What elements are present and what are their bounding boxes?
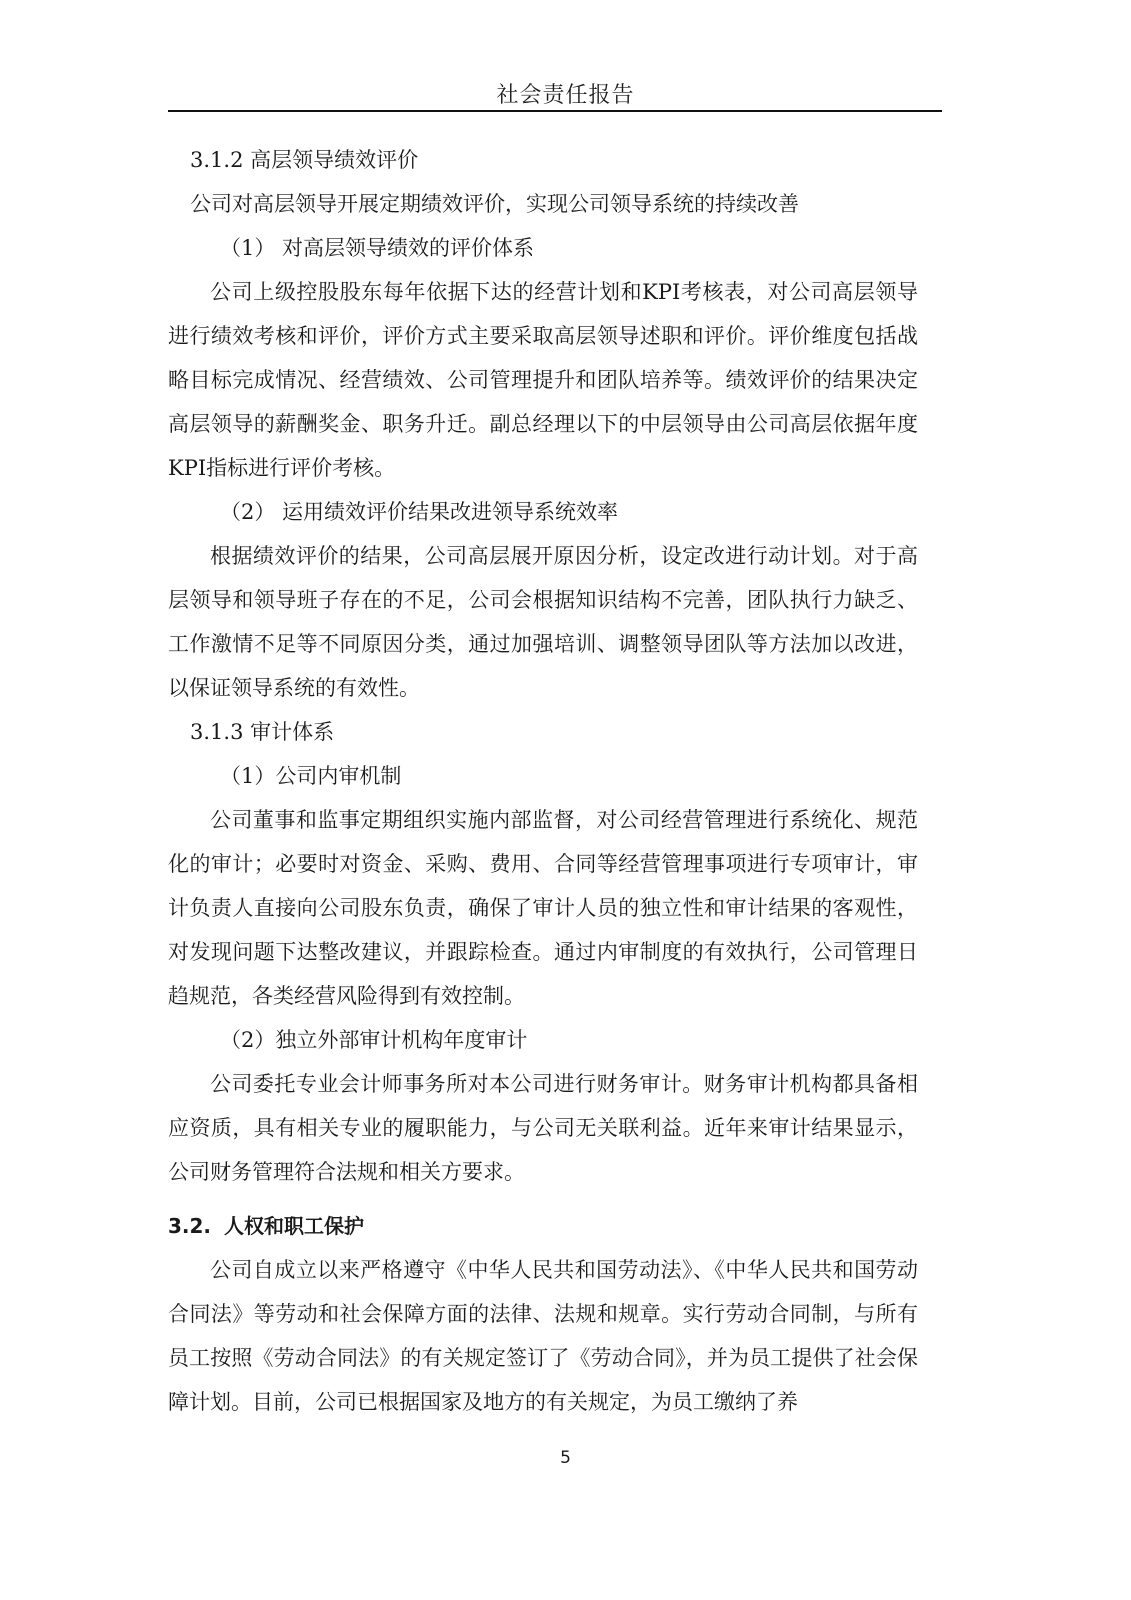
paragraph-improve-efficiency: 根据绩效评价的结果，公司高层展开原因分析，设定改进行动计划。对于高层领导和领导班… [168, 534, 918, 710]
section-title: 人权和职工保护 [224, 1214, 364, 1238]
section-number: 3.2. [168, 1204, 224, 1248]
page-body: 3.1.2 高层领导绩效评价 公司对高层领导开展定期绩效评价，实现公司领导系统的… [168, 138, 918, 1424]
paragraph-external-audit: 公司委托专业会计师事务所对本公司进行财务审计。财务审计机构都具备相应资质，具有相… [168, 1062, 918, 1194]
header-divider [168, 110, 942, 112]
section-heading-3-1-2: 3.1.2 高层领导绩效评价 [168, 138, 918, 182]
subsection-title-internal-audit: （1）公司内审机制 [168, 754, 918, 798]
page-number: 5 [0, 1448, 1131, 1468]
subsection-title-external-audit: （2）独立外部审计机构年度审计 [168, 1018, 918, 1062]
paragraph-evaluation-system: 公司上级控股股东每年依据下达的经营计划和KPI考核表，对公司高层领导进行绩效考核… [168, 270, 918, 490]
section-heading-3-2: 3.2.人权和职工保护 [168, 1204, 918, 1248]
section-intro: 公司对高层领导开展定期绩效评价，实现公司领导系统的持续改善 [168, 182, 918, 226]
paragraph-labor-protection: 公司自成立以来严格遵守《中华人民共和国劳动法》、《中华人民共和国劳动合同法》等劳… [168, 1248, 918, 1424]
subsection-title-improve-efficiency: （2） 运用绩效评价结果改进领导系统效率 [168, 490, 918, 534]
section-heading-3-1-3: 3.1.3 审计体系 [168, 710, 918, 754]
paragraph-internal-audit: 公司董事和监事定期组织实施内部监督，对公司经营管理进行系统化、规范化的审计；必要… [168, 798, 918, 1018]
subsection-title-evaluation-system: （1） 对高层领导绩效的评价体系 [168, 226, 918, 270]
report-title: 社会责任报告 [0, 78, 1131, 109]
